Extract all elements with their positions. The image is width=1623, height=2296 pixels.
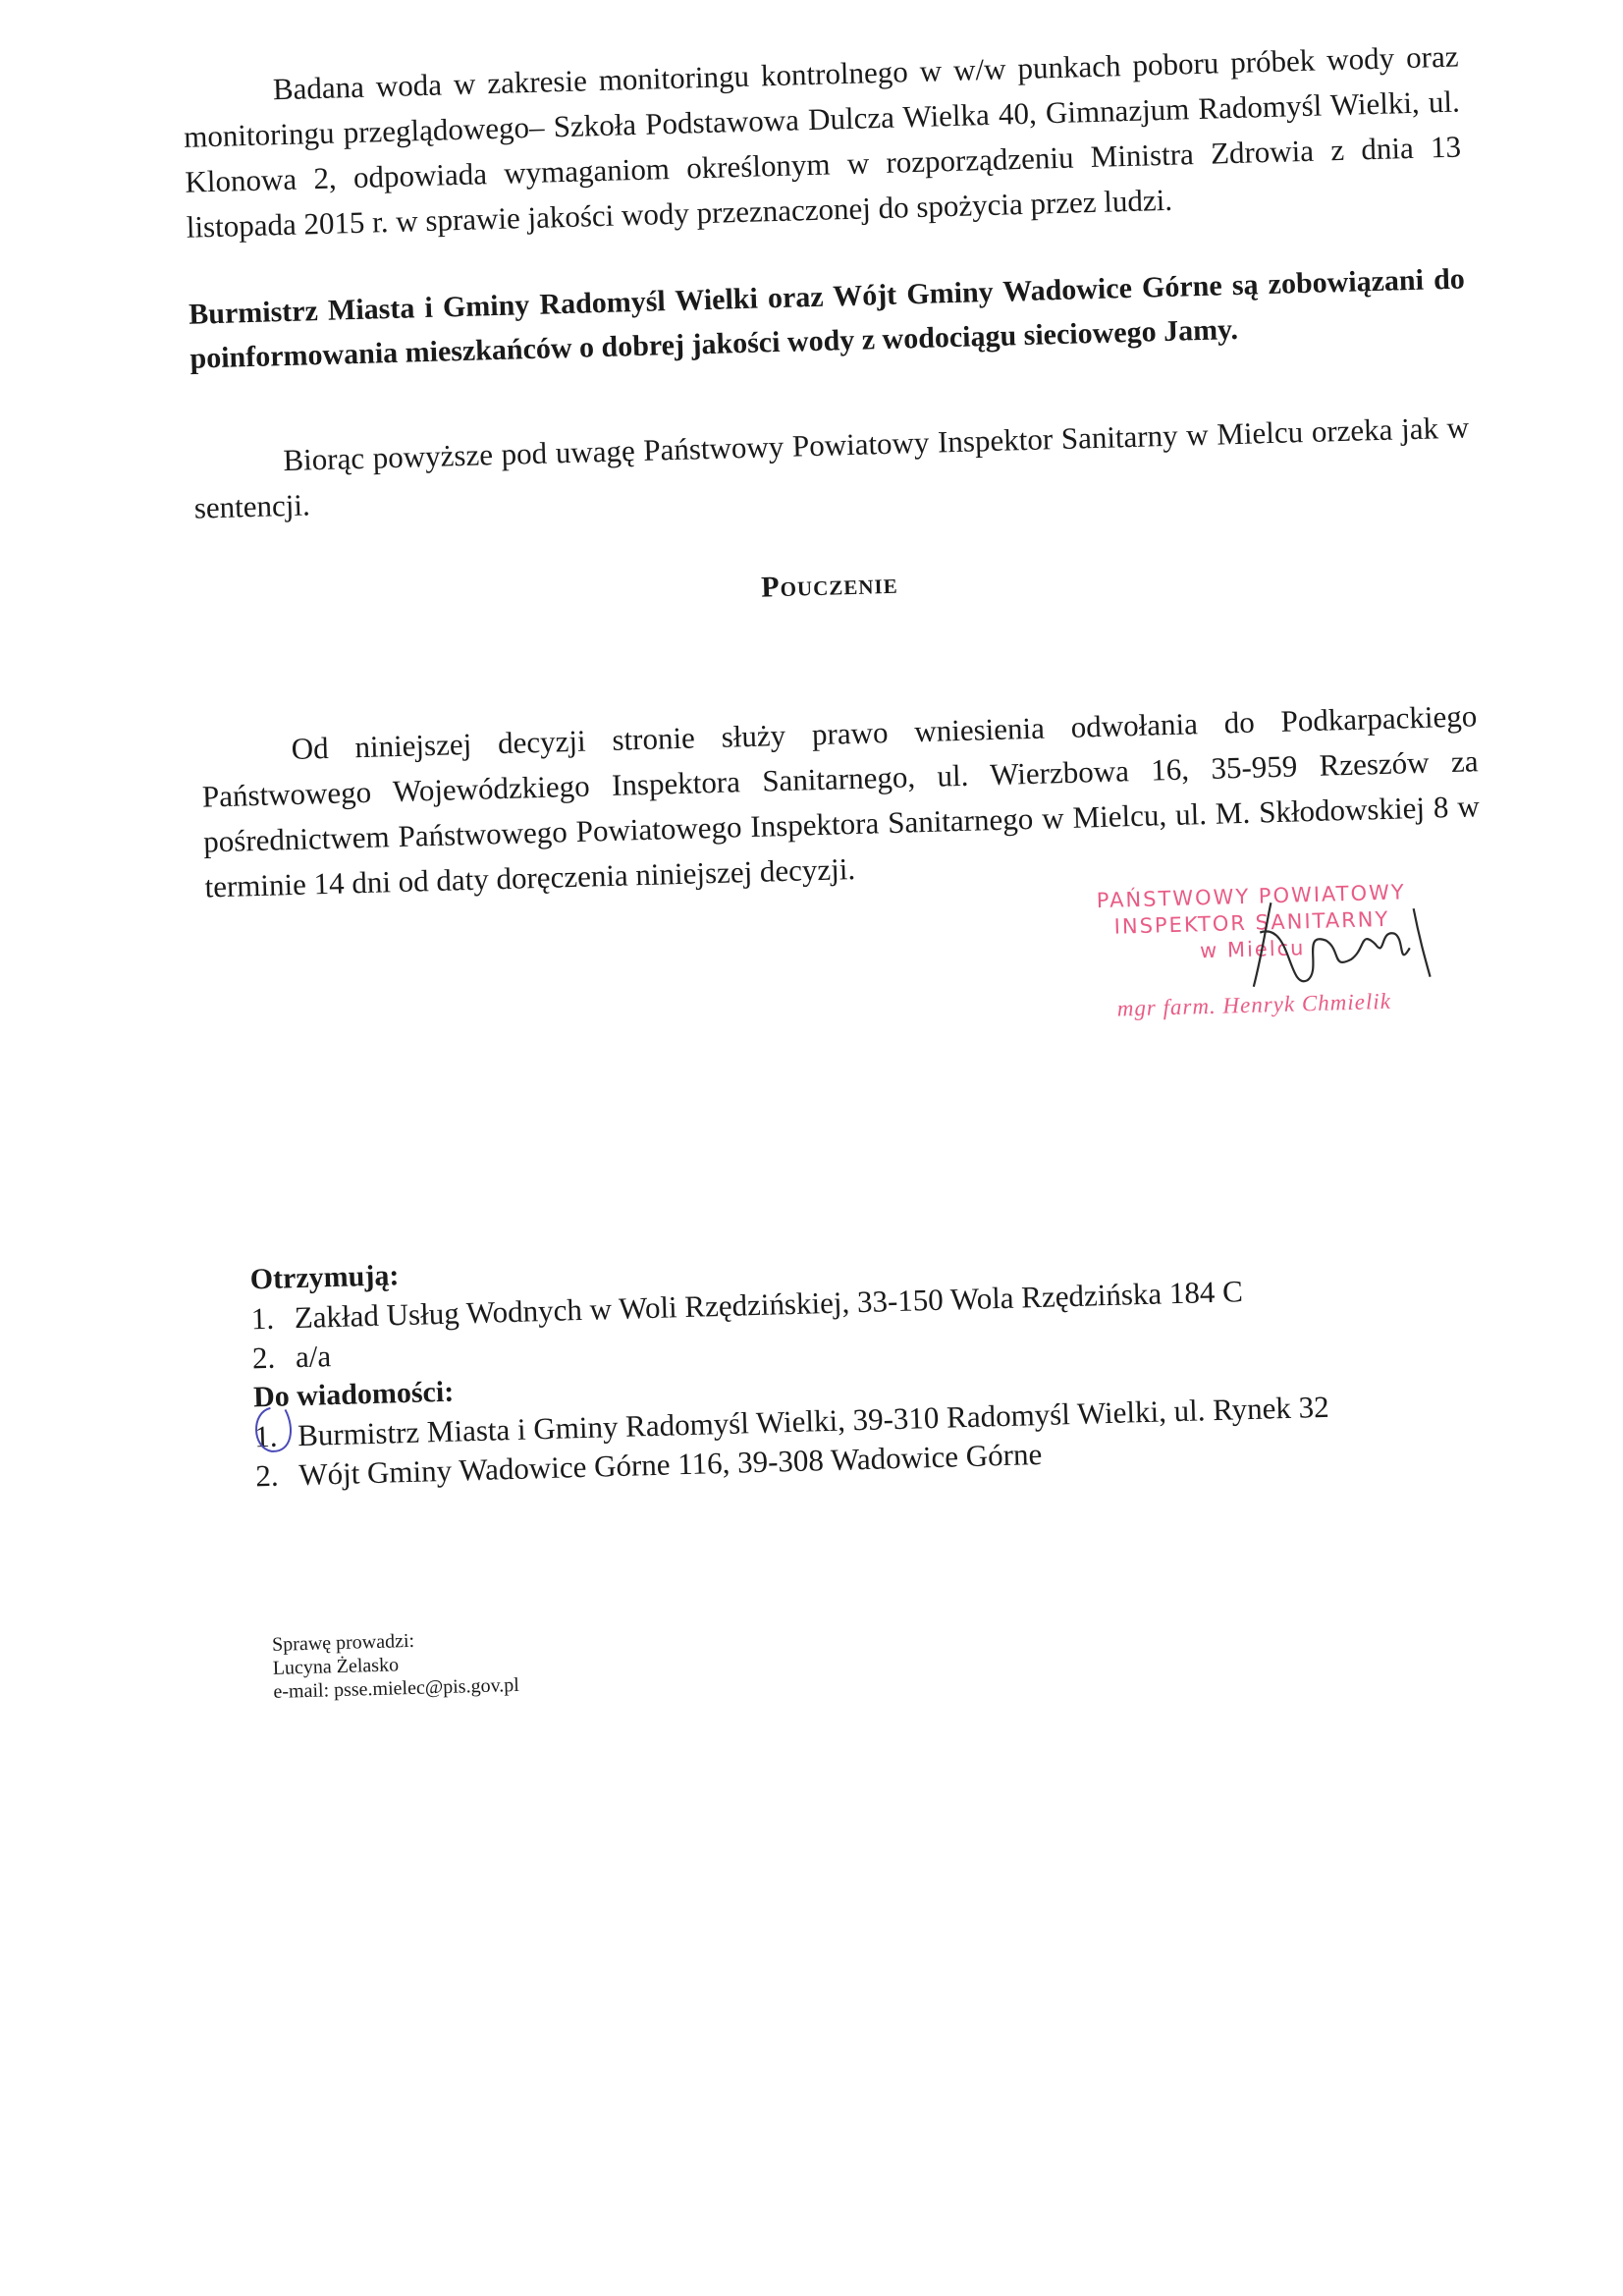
list-number: 1. xyxy=(250,1298,295,1339)
obligation-paragraph: Burmistrz Miasta i Gminy Radomyśl Wielki… xyxy=(189,256,1467,380)
ruling-paragraph: Biorąc powyższe pod uwagę Państwowy Powi… xyxy=(192,405,1471,530)
list-text: a/a xyxy=(295,1337,331,1377)
appeal-instruction-paragraph: Od niniejszej decyzji stronie służy praw… xyxy=(200,693,1482,909)
list-number: 2. xyxy=(251,1338,296,1378)
document-page: Badana woda w zakresie monitoringu kontr… xyxy=(0,0,1623,2296)
recipients-section: Otrzymują: 1. Zakład Usług Wodnych w Wol… xyxy=(249,1227,1483,1497)
handwritten-circle-mark-icon xyxy=(245,1399,306,1460)
water-quality-paragraph: Badana woda w zakresie monitoringu kontr… xyxy=(182,34,1463,250)
case-handler-footer: Sprawę prowadzi: Lucyna Żelasko e-mail: … xyxy=(272,1626,519,1704)
list-number: 2. xyxy=(255,1455,299,1496)
handwritten-signature-icon xyxy=(1231,888,1440,1002)
instruction-heading: Pouczenie xyxy=(761,568,898,605)
